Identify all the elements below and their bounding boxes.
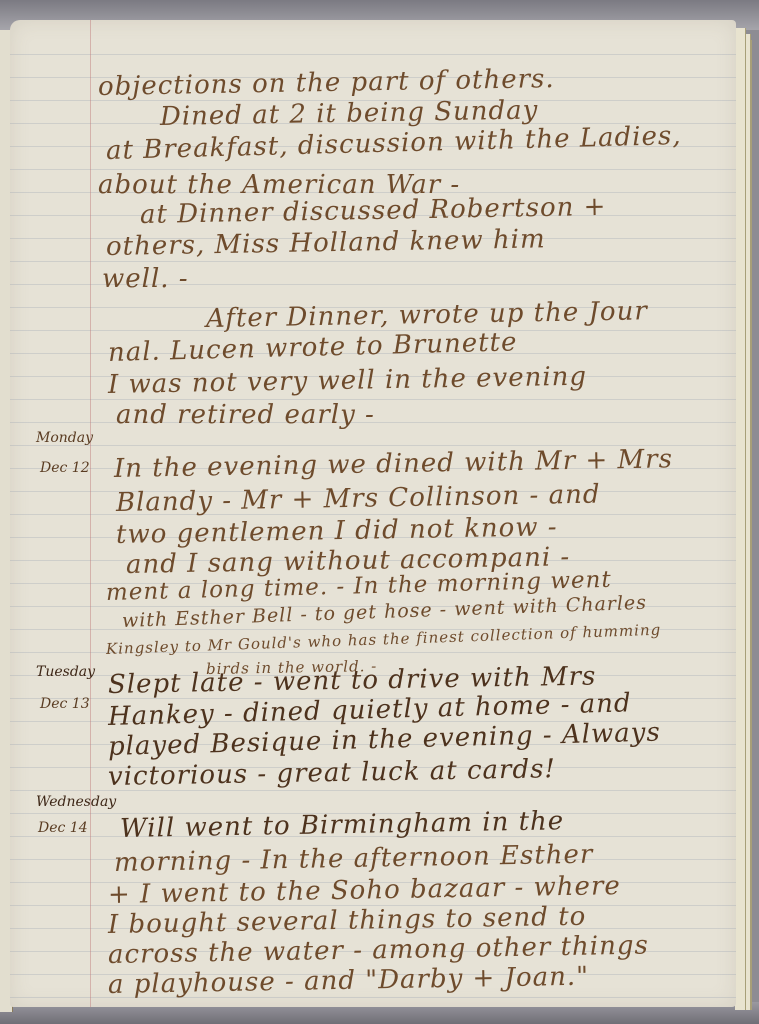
entry-date-label: Dec 12 <box>40 460 90 476</box>
page-edge <box>735 28 746 1010</box>
entry-day-label: Monday <box>36 430 93 446</box>
entry-day-label: Tuesday <box>36 664 95 680</box>
entry-line: and retired early - <box>116 400 375 430</box>
entry-day-label: Wednesday <box>36 794 116 810</box>
diary-page: objections on the part of others. Dined … <box>10 20 736 1007</box>
margin-line <box>90 20 91 1007</box>
entry-date-label: Dec 14 <box>38 820 88 836</box>
entry-line: well. - <box>102 264 189 294</box>
entry-date-label: Dec 13 <box>40 696 90 712</box>
